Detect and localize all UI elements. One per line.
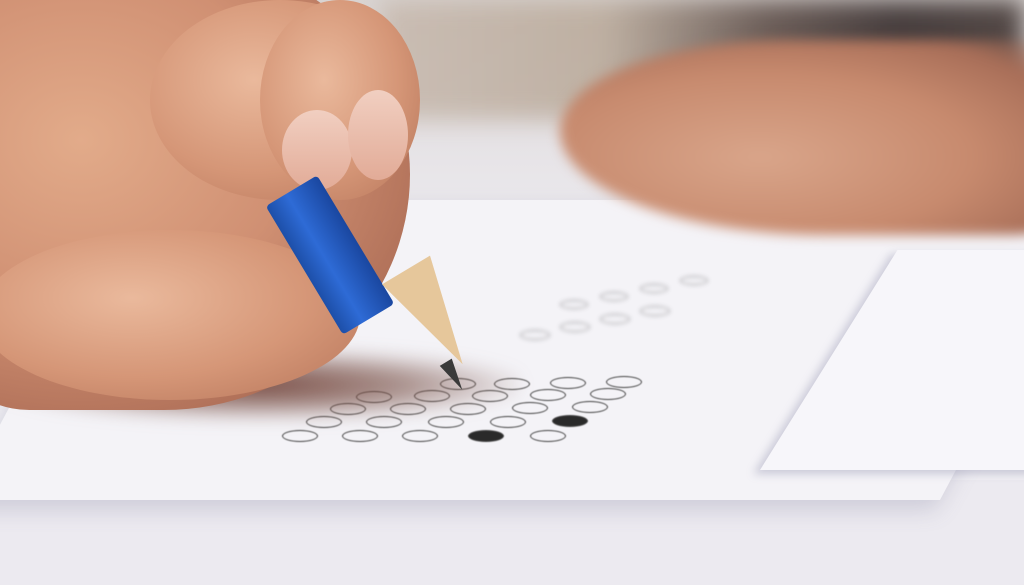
fingernail — [348, 90, 408, 180]
